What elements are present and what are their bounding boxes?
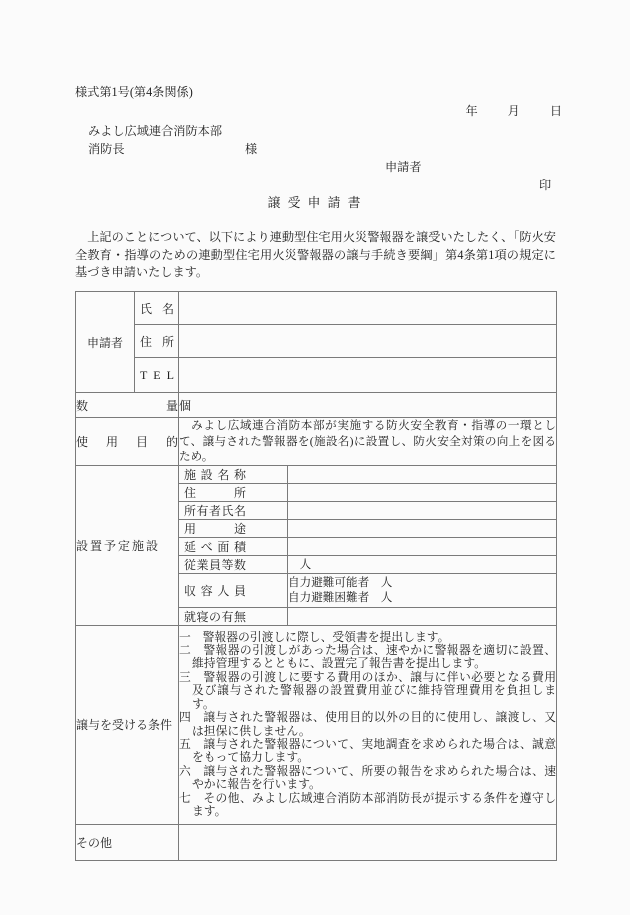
addressee-organization: みよし広域連合消防本部: [88, 124, 222, 138]
applicant-address-row: 住所: [76, 325, 557, 358]
other-section-label: その他: [76, 824, 179, 860]
date-month-label: 月: [508, 104, 520, 118]
facility-use-value: [288, 519, 557, 537]
facility-address-value: [288, 483, 557, 501]
applicant-section-label: 申請者: [76, 292, 135, 393]
facility-sleeping-value: [288, 607, 557, 625]
applicant-tel-label: T E L: [135, 358, 179, 393]
purpose-row: 使用目的 みよし広域連合消防本部が実施する防火安全教育・指導の一環として、譲与さ…: [76, 418, 557, 466]
applicant-tel-row: T E L: [76, 358, 557, 393]
other-value: [179, 824, 557, 860]
applicant-address-label: 住所: [135, 325, 179, 358]
condition-item-2: 二 警報器の引渡しがあった場合は、速やかに警報器を適切に設置、維持管理するととも…: [179, 644, 556, 671]
condition-item-3: 三 警報器の引渡しに要する費用のほか、譲与に伴い必要となる費用及び譲与された警報…: [179, 671, 556, 711]
application-form-table: 申請者 氏名 住所 T E L 数量 個 使用目的 みよし広域連合消防本部が実施…: [75, 291, 557, 861]
quantity-label: 数量: [76, 393, 179, 418]
conditions-row: 譲与を受ける条件 一 警報器の引渡しに際し、受領書を提出します。 二 警報器の引…: [76, 625, 557, 824]
purpose-label: 使用目的: [76, 418, 179, 466]
condition-item-4: 四 譲与された警報器は、使用目的以外の目的に使用し、譲渡し、又は担保に供しません…: [179, 711, 556, 738]
facility-area-label: 延べ面積: [179, 537, 288, 555]
facility-sleeping-label: 就寝の有無: [179, 607, 288, 625]
facility-name-row: 設置予定施設 施設名称: [76, 465, 557, 483]
document-page: 様式第1号(第4条関係) 年 月 日 みよし広域連合消防本部 消防長 様 申請者…: [0, 0, 630, 915]
date-line: 年 月 日: [435, 104, 562, 118]
quantity-row: 数量 個: [76, 393, 557, 418]
addressee-title: 消防長: [88, 142, 125, 156]
intro-paragraph: 上記のことについて、以下により連動型住宅用火災警報器を譲受いたしたく、「防火安全…: [75, 229, 556, 282]
form-number: 様式第1号(第4条関係): [75, 85, 193, 99]
facility-address-label: 住所: [179, 483, 288, 501]
applicant-name-label: 氏名: [135, 292, 179, 325]
facility-capacity-value: 自力避難可能者 人 自力避難困難者 人: [288, 573, 557, 607]
facility-employees-label: 従業員等数: [179, 555, 288, 573]
honorific-label: 様: [245, 142, 257, 156]
condition-item-6: 六 譲与された警報器について、所要の報告を求められた場合は、速やかに報告を行いま…: [179, 765, 556, 792]
applicant-name-row: 申請者 氏名: [76, 292, 557, 325]
facility-area-value: [288, 537, 557, 555]
conditions-list: 一 警報器の引渡しに際し、受領書を提出します。 二 警報器の引渡しがあった場合は…: [179, 625, 557, 824]
applicant-signature-label: 申請者: [385, 160, 422, 174]
condition-item-5: 五 譲与された警報器について、実地調査を求められた場合は、誠意をもって協力します…: [179, 738, 556, 765]
condition-item-7: 七 その他、みよし広域連合消防本部消防長が提示する条件を遵守します。: [179, 792, 556, 819]
other-row: その他: [76, 824, 557, 860]
quantity-value: 個: [179, 393, 557, 418]
date-day-label: 日: [550, 104, 562, 118]
capacity-unable-line: 自力避難困難者 人: [288, 590, 556, 606]
capacity-able-line: 自力避難可能者 人: [288, 575, 556, 591]
conditions-section-label: 譲与を受ける条件: [76, 625, 179, 824]
document-title: 譲 受 申 請 書: [0, 192, 630, 211]
applicant-tel-value: [179, 358, 557, 393]
facility-name-label: 施設名称: [179, 465, 288, 483]
facility-owner-label: 所有者氏名: [179, 501, 288, 519]
seal-mark: 印: [539, 178, 551, 192]
facility-section-label: 設置予定施設: [76, 465, 179, 625]
facility-capacity-label: 収容人員: [179, 573, 288, 607]
facility-name-value: [288, 465, 557, 483]
applicant-name-value: [179, 292, 557, 325]
purpose-text: みよし広域連合消防本部が実施する防火安全教育・指導の一環として、譲与された警報器…: [179, 418, 557, 466]
facility-use-label: 用途: [179, 519, 288, 537]
facility-owner-value: [288, 501, 557, 519]
facility-employees-value: 人: [288, 555, 557, 573]
condition-item-1: 一 警報器の引渡しに際し、受領書を提出します。: [179, 631, 556, 644]
applicant-address-value: [179, 325, 557, 358]
date-year-label: 年: [465, 104, 477, 118]
